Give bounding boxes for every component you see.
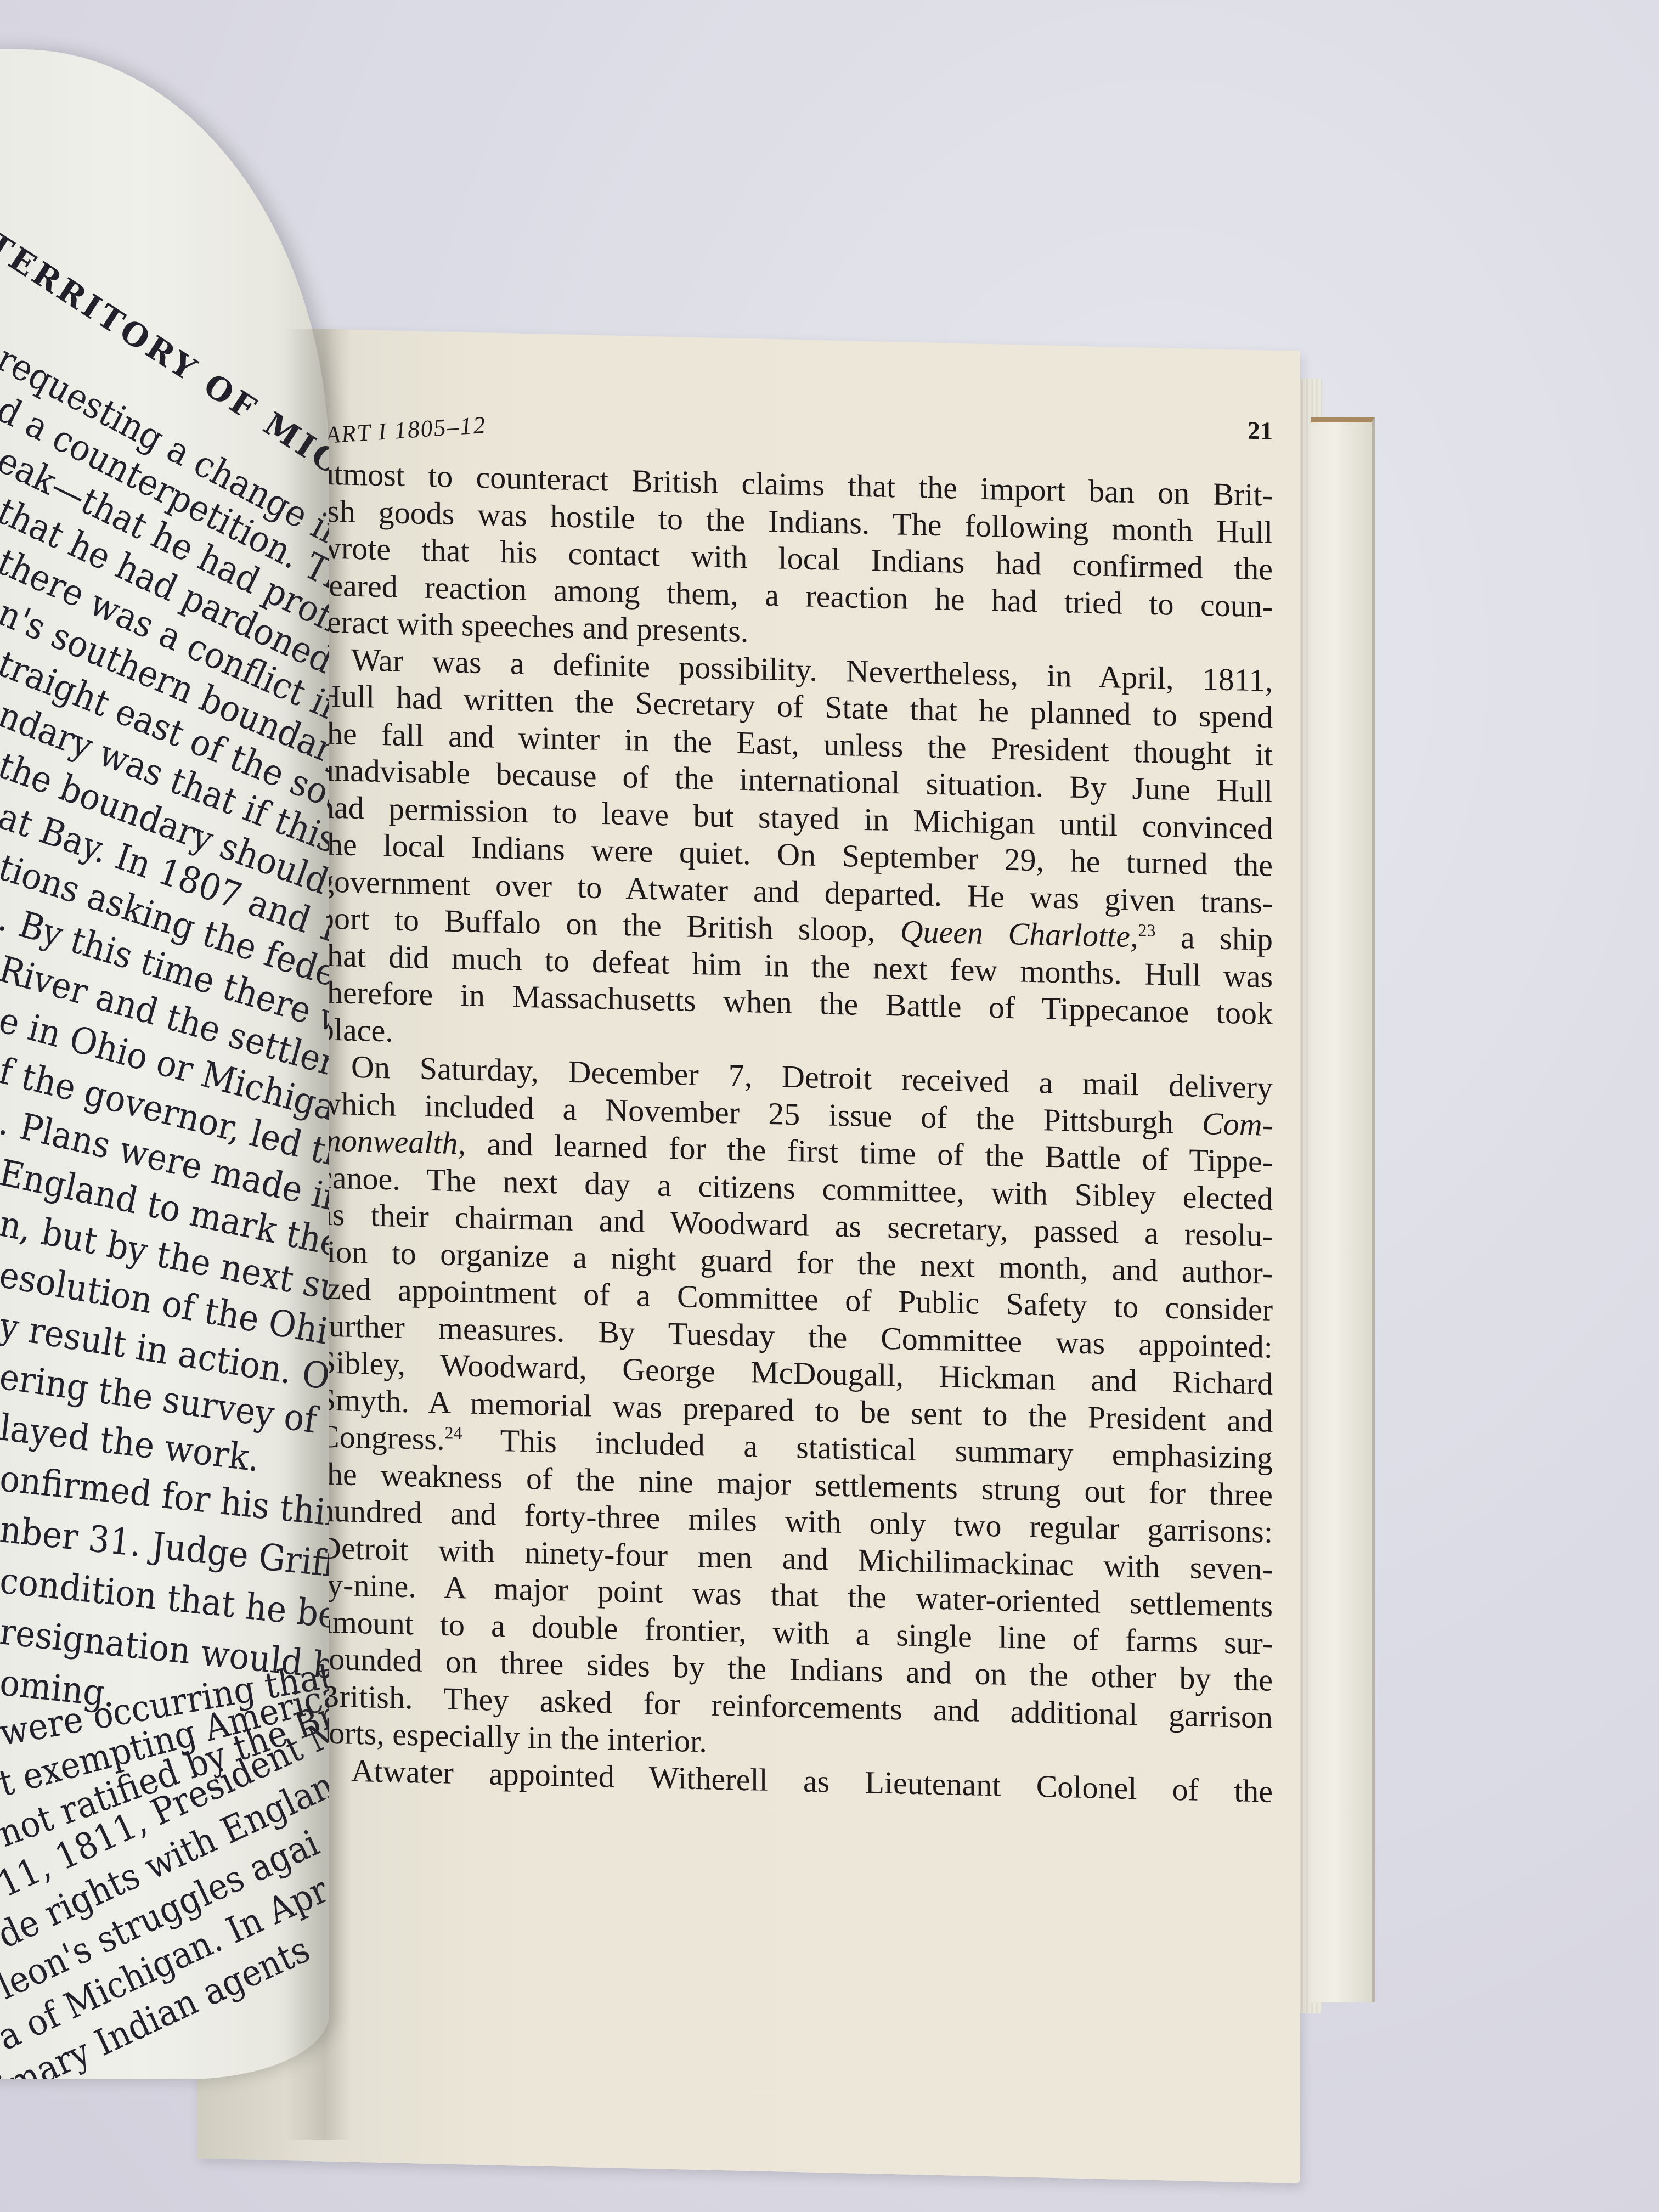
page-number: 21 xyxy=(1248,416,1273,445)
book-cover-edge xyxy=(1311,417,1375,2002)
right-page-content: PART I 1805–12 21 utmost to counteract B… xyxy=(318,394,1273,416)
spine-shadow xyxy=(285,329,351,2140)
body-text: utmost to counteract British claims that… xyxy=(318,455,1273,1809)
left-page-content: TERRITORY OF MICHIGAN requesting a chang… xyxy=(0,49,329,2079)
footnote-marker[interactable]: 24 xyxy=(444,1423,462,1443)
left-page: TERRITORY OF MICHIGAN requesting a chang… xyxy=(0,49,329,2079)
running-head: PART I 1805–12 21 xyxy=(318,394,1273,465)
footnote-marker[interactable]: 23 xyxy=(1138,920,1155,940)
right-page: PART I 1805–12 21 utmost to counteract B… xyxy=(198,326,1300,2183)
